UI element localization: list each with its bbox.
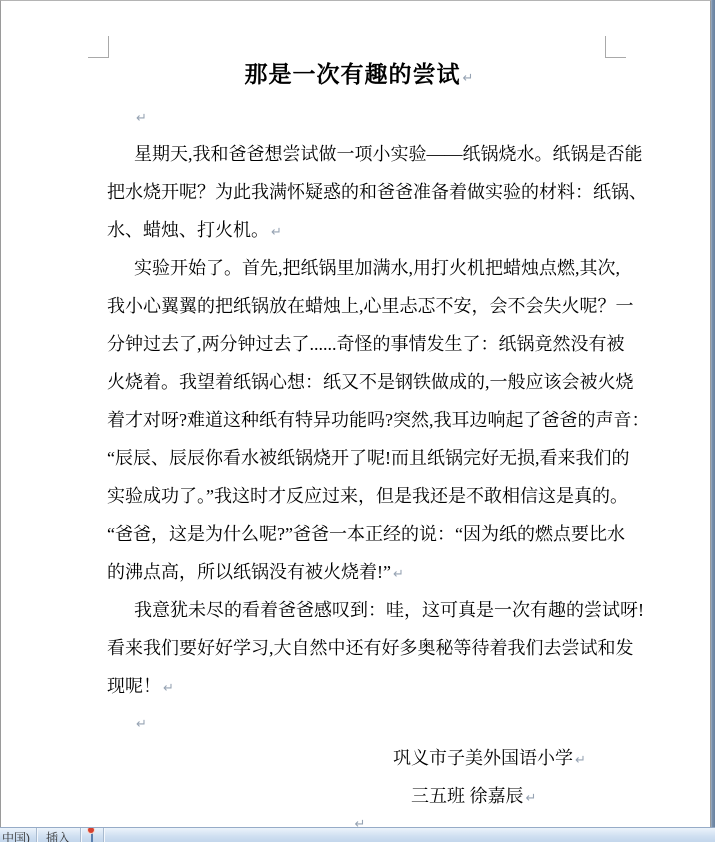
text-line: 实验成功了。”我这时才反应过来，但是我还是不敢相信这是真的。 — [107, 477, 611, 515]
document-title: 那是一次有趣的尝试↵ — [107, 53, 611, 97]
statusbar-separator — [103, 828, 104, 842]
text-line: “辰辰、辰辰你看水被纸锅烧开了呢!而且纸锅完好无损,看来我们的 — [107, 439, 611, 477]
text-line: “爸爸，这是为什么呢?”爸爸一本正经的说：“因为纸的燃点要比水 — [107, 515, 611, 553]
text-line: 分钟过去了,两分钟过去了......奇怪的事情发生了：纸锅竟然没有被 — [107, 325, 611, 363]
crop-mark-top-left — [88, 36, 109, 58]
paragraph-mark-icon: ↵ — [134, 717, 147, 732]
text-line: 把水烧开呢？为此我满怀疑惑的和爸爸准备着做实验的材料：纸锅、 — [107, 173, 611, 211]
signature-school: 巩义市子美外国语小学↵ — [393, 739, 611, 777]
language-indicator[interactable]: 中国) — [0, 828, 36, 842]
text-line: 着才对呀?难道这种纸有特异功能吗?突然,我耳边响起了爸爸的声音： — [107, 401, 611, 439]
text-line: 我小心翼翼的把纸锅放在蜡烛上,心里忐忑不安，会不会失火呢？一 — [107, 287, 611, 325]
spellcheck-status[interactable] — [81, 828, 103, 842]
status-bar: 中国) 插入 — [0, 827, 715, 842]
empty-paragraph: ↵ — [107, 705, 611, 739]
document-page[interactable]: 那是一次有趣的尝试↵ ↵ 星期天,我和爸爸想尝试做一项小实验——纸锅烧水。纸锅是… — [0, 0, 711, 827]
text-line: 现呢！↵ — [107, 667, 611, 705]
paragraph-mark-icon: ↵ — [461, 71, 474, 86]
document-content[interactable]: 那是一次有趣的尝试↵ ↵ 星期天,我和爸爸想尝试做一项小实验——纸锅烧水。纸锅是… — [107, 53, 611, 835]
signature-school-text: 巩义市子美外国语小学 — [393, 748, 573, 768]
text-line: 实验开始了。首先,把纸锅里加满水,用打火机把蜡烛点燃,其次, — [107, 249, 611, 287]
text-line: 水、蜡烛、打火机。↵ — [107, 211, 611, 249]
empty-paragraph: ↵ — [107, 97, 611, 135]
paragraph-mark-icon: ↵ — [524, 791, 537, 806]
word-window: 那是一次有趣的尝试↵ ↵ 星期天,我和爸爸想尝试做一项小实验——纸锅烧水。纸锅是… — [0, 0, 715, 842]
text-line: 星期天,我和爸爸想尝试做一项小实验——纸锅烧水。纸锅是否能 — [107, 135, 611, 173]
body-paragraphs: 星期天,我和爸爸想尝试做一项小实验——纸锅烧水。纸锅是否能把水烧开呢？为此我满怀… — [107, 135, 611, 705]
text-line: 火烧着。我望着纸锅心想：纸又不是钢铁做成的,一般应该会被火烧 — [107, 363, 611, 401]
window-edge-strip — [711, 0, 715, 827]
paragraph-mark-icon: ↵ — [161, 681, 174, 696]
text-line: 看来我们要好好学习,大自然中还有好多奥秘等待着我们去尝试和发 — [107, 629, 611, 667]
insert-mode-indicator[interactable]: 插入 — [37, 828, 80, 842]
spellcheck-book-icon — [91, 829, 93, 842]
text-line: 的沸点高，所以纸锅没有被火烧着!”↵ — [107, 553, 611, 591]
signature-author: 三五班 徐嘉辰↵ — [411, 777, 611, 815]
paragraph-mark-icon: ↵ — [391, 567, 404, 582]
title-text: 那是一次有趣的尝试 — [245, 62, 461, 87]
paragraph-mark-icon: ↵ — [573, 753, 586, 768]
paragraph-mark-icon: ↵ — [269, 225, 282, 240]
signature-author-text: 三五班 徐嘉辰 — [411, 786, 524, 806]
text-line: 我意犹未尽的看着爸爸感叹到：哇，这可真是一次有趣的尝试呀! — [107, 591, 611, 629]
paragraph-mark-icon: ↵ — [134, 111, 147, 126]
